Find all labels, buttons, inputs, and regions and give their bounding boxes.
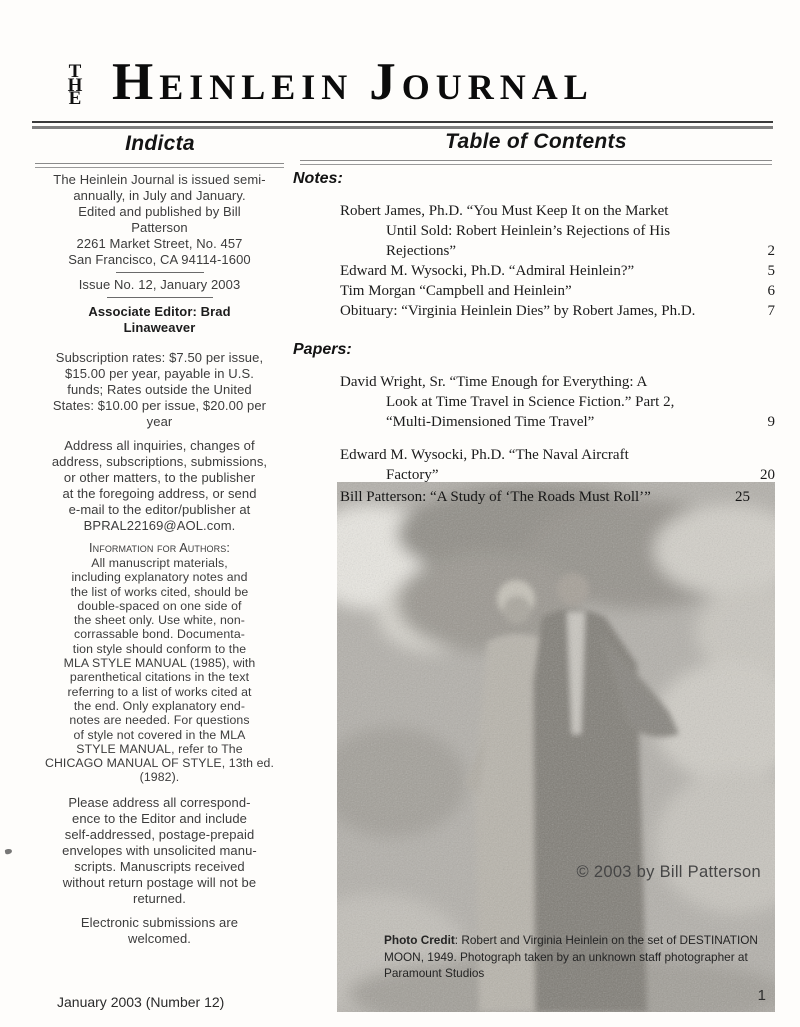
address-info: Address all inquiries, changes of addres…	[30, 438, 289, 534]
toc-entry-title: Obituary: “Virginia Heinlein Dies” by Ro…	[340, 301, 739, 321]
toc-entry: Robert James, Ph.D. “You Must Keep It on…	[340, 201, 775, 261]
indicta-heading-rule	[35, 163, 284, 168]
toc-entry-page: 9	[739, 412, 775, 432]
toc-entry-title: Bill Patterson: “A Study of ‘The Roads M…	[340, 487, 714, 507]
scan-artifact	[5, 848, 13, 854]
toc-entry: Edward M. Wysocki, Ph.D. “The Naval Airc…	[340, 445, 775, 485]
toc-entry: Tim Morgan “Campbell and Heinlein” 6	[340, 281, 775, 301]
correspondence-note: Please address all correspond- ence to t…	[30, 795, 289, 907]
toc-entry-title: Edward M. Wysocki, Ph.D. “The Naval Airc…	[340, 445, 739, 485]
title-initial: H	[112, 53, 159, 111]
toc-entry: Edward M. Wysocki, Ph.D. “Admiral Heinle…	[340, 261, 775, 281]
publication-info: The Heinlein Journal is issued semi- ann…	[30, 172, 289, 268]
masthead-rule-bottom	[32, 126, 773, 129]
toc-entry-page: 20	[739, 465, 775, 485]
toc-heading: Table of Contents	[300, 130, 772, 154]
journal-scan-page: T H E HEINLEINJOURNAL Indicta Table of C…	[0, 0, 800, 1027]
masthead-rule-top	[32, 121, 773, 123]
journal-title: HEINLEINJOURNAL	[112, 52, 594, 112]
papers-entries: David Wright, Sr. “Time Enough for Every…	[340, 372, 775, 485]
notes-entries: Robert James, Ph.D. “You Must Keep It on…	[340, 201, 775, 321]
toc-heading-rule	[300, 160, 772, 165]
electronic-submissions-note: Electronic submissions are welcomed.	[30, 915, 289, 947]
photo-copyright: © 2003 by Bill Patterson	[577, 863, 761, 882]
toc-entry-title: Tim Morgan “Campbell and Heinlein”	[340, 281, 739, 301]
indicta-column: The Heinlein Journal is issued semi- ann…	[30, 172, 289, 947]
toc-entry-page: 2	[739, 241, 775, 261]
indicta-heading: Indicta	[35, 132, 285, 156]
authors-info-body: All manuscript materials, including expl…	[30, 556, 289, 785]
papers-section-label: Papers:	[293, 341, 775, 359]
title-initial: J	[369, 53, 402, 111]
associate-editor: Associate Editor: Brad Linaweaver	[30, 304, 289, 336]
subscription-rates: Subscription rates: $7.50 per issue, $15…	[30, 350, 289, 430]
toc-entry-page: 7	[739, 301, 775, 321]
masthead-the-stack: T H E	[66, 65, 84, 106]
the-letter: E	[66, 92, 84, 106]
table-of-contents: Notes: Robert James, Ph.D. “You Must Kee…	[293, 170, 775, 498]
heinlein-photo: © 2003 by Bill Patterson Photo Credit: R…	[337, 482, 775, 1012]
title-rest: EINLEIN	[159, 67, 353, 107]
toc-entry: David Wright, Sr. “Time Enough for Every…	[340, 372, 775, 432]
issue-line: Issue No. 12, January 2003	[30, 277, 289, 293]
toc-entry-page: 25	[714, 487, 750, 507]
title-rest: OURNAL	[402, 67, 594, 107]
toc-entry-title: David Wright, Sr. “Time Enough for Every…	[340, 372, 739, 432]
toc-entry: Bill Patterson: “A Study of ‘The Roads M…	[340, 487, 750, 507]
photo-credit-label: Photo Credit	[384, 933, 455, 947]
authors-info-heading: Information for Authors:	[30, 540, 289, 556]
toc-entry: Obituary: “Virginia Heinlein Dies” by Ro…	[340, 301, 775, 321]
toc-entry-page: 6	[739, 281, 775, 301]
notes-section-label: Notes:	[293, 170, 343, 187]
toc-entry-title: Robert James, Ph.D. “You Must Keep It on…	[340, 201, 739, 261]
toc-entry-page: 5	[739, 261, 775, 281]
divider	[116, 272, 204, 273]
toc-entry-title: Edward M. Wysocki, Ph.D. “Admiral Heinle…	[340, 261, 739, 281]
page-number: 1	[758, 987, 766, 1004]
divider	[107, 297, 213, 298]
photo-credit: Photo Credit: Robert and Virginia Heinle…	[384, 932, 764, 982]
footer-issue-line: January 2003 (Number 12)	[57, 994, 224, 1010]
